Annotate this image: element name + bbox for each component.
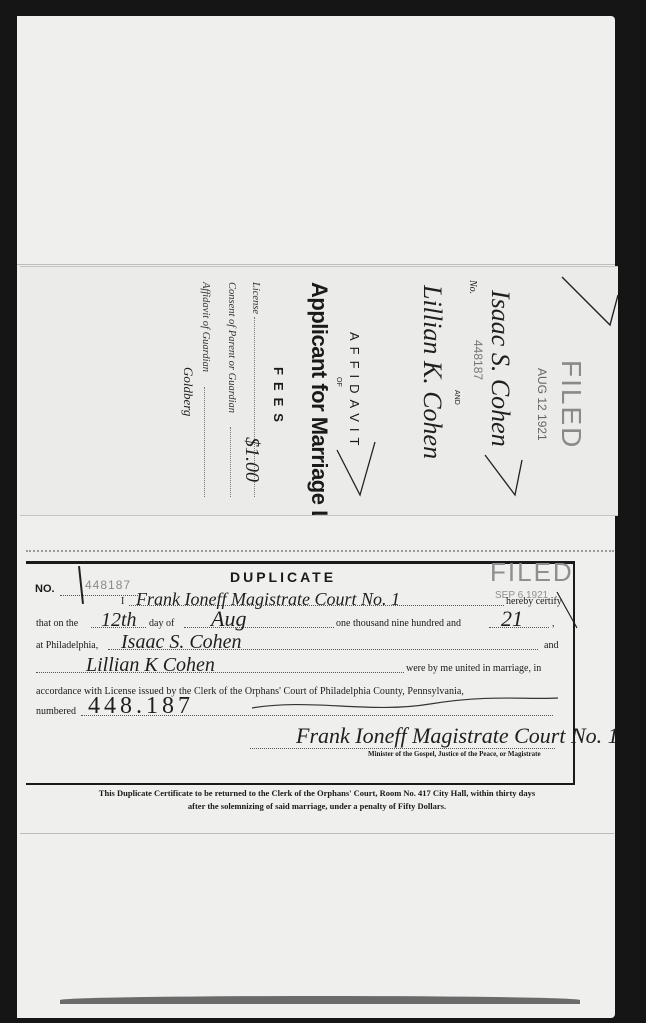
filed-stamp-aug: FILED — [555, 360, 587, 449]
marriage-month: Aug — [211, 606, 246, 632]
officiant-signature: Frank Ioneff Magistrate Court No. 1 — [296, 723, 619, 749]
affidavit-groom-name: Isaac S. Cohen — [485, 290, 515, 447]
ink-flourish — [250, 696, 560, 716]
fold-line-top — [17, 264, 615, 265]
footer-note-line2: after the solemnizing of said marriage, … — [20, 800, 614, 813]
affidavit-no-label: No. — [467, 280, 478, 294]
line1-prefix: I — [121, 596, 124, 607]
affidavit-main-title: Applicant for Marriage License — [306, 282, 332, 502]
filed-stamp-aug-date: AUG 12 1921 — [535, 368, 549, 441]
line3-prefix: at Philadelphia, — [36, 640, 98, 651]
filed-stamp-sep: FILED — [490, 557, 574, 588]
footer-note-line1: This Duplicate Certificate to be returne… — [20, 787, 614, 800]
footer-note: This Duplicate Certificate to be returne… — [20, 787, 614, 813]
line3-and: and — [544, 640, 558, 651]
officiant-name: Frank Ioneff Magistrate Court No. 1 — [136, 589, 400, 610]
fee-line-guardian-dots — [204, 387, 205, 497]
check-mark-icon — [335, 440, 380, 500]
fee-line-guardian: Affidavit of Guardian — [200, 282, 211, 502]
line2-month-dots — [184, 627, 334, 628]
line6-prefix: numbered — [36, 706, 76, 717]
fold-line-bottom — [20, 833, 614, 834]
certificate-line-officiant: I Frank Ioneff Magistrate Court No. 1 he… — [36, 590, 566, 610]
line4-suffix: were by me united in marriage, in — [406, 663, 541, 674]
marriage-year: 21 — [501, 606, 523, 632]
certificate-line-groom: at Philadelphia, Isaac S. Cohen and — [36, 634, 566, 654]
certificate-line-date: that on the 12th day of Aug one thousand… — [36, 612, 566, 632]
certificate-title: DUPLICATE — [230, 569, 336, 585]
affidavit-panel: AFFIDAVIT OF Applicant for Marriage Lice… — [20, 266, 618, 516]
groom-name: Isaac S. Cohen — [121, 631, 242, 654]
license-number: 448.187 — [88, 693, 194, 720]
line2-year-text: one thousand nine hundred and — [336, 618, 461, 629]
affidavit-no-value: 448187 — [471, 340, 485, 380]
perforation-line — [26, 550, 614, 552]
affidavit-rotated-block: AFFIDAVIT OF Applicant for Marriage Lice… — [170, 267, 420, 515]
fee-line-consent-dots — [230, 427, 231, 497]
marriage-day: 12th — [101, 609, 137, 632]
check-mark-icon — [560, 275, 620, 335]
line2-comma: , — [552, 618, 555, 629]
paper-curl-shadow — [60, 996, 580, 1004]
affidavit-bride-name: Lillian K. Cohen — [417, 285, 447, 459]
check-mark-icon — [480, 450, 525, 500]
signature-caption: Minister of the Gospel, Justice of the P… — [368, 750, 541, 758]
fee-line-consent: Consent of Parent or Guardian — [226, 282, 237, 502]
bride-name: Lillian K Cohen — [86, 654, 215, 677]
line2-prefix: that on the — [36, 618, 78, 629]
line2-day-of: day of — [149, 618, 174, 629]
affidavit-and-label: AND — [453, 390, 460, 405]
certificate-line-bride: Lillian K Cohen were by me united in mar… — [36, 657, 566, 677]
